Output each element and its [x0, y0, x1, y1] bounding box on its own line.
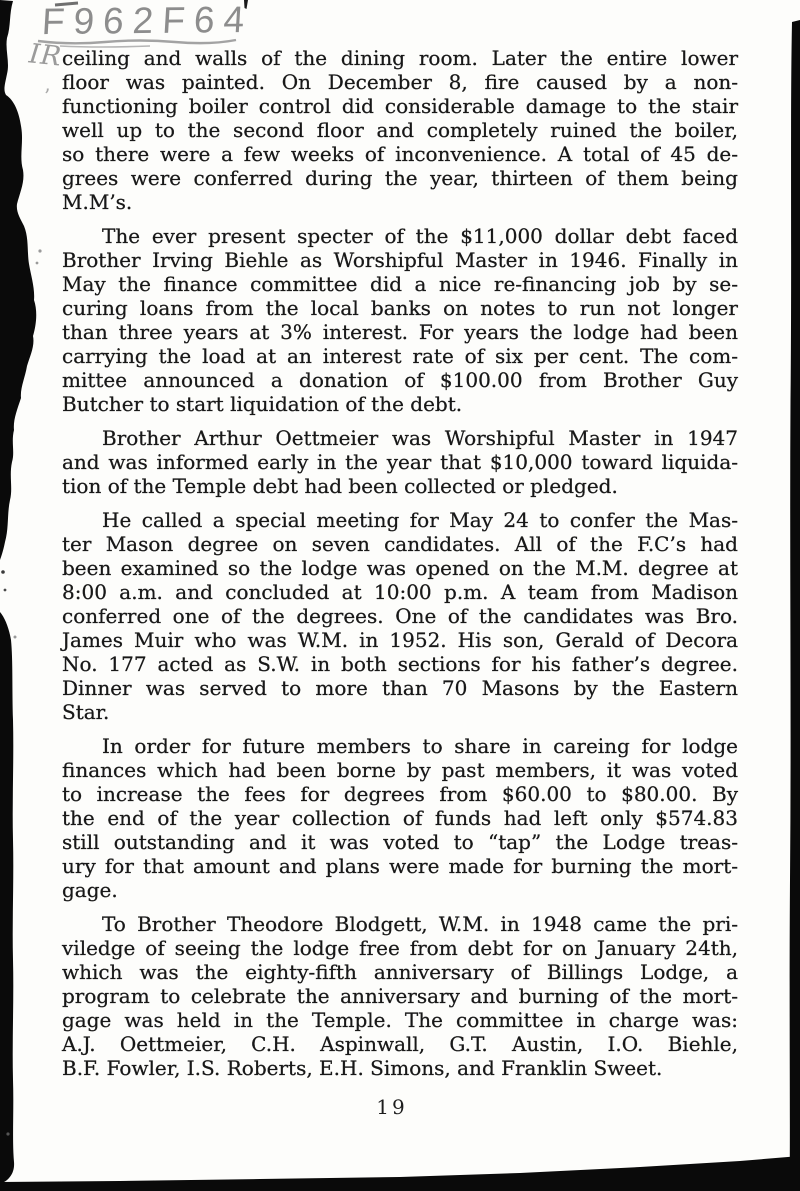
text-line: carrying the load at an interest rate of…	[62, 344, 738, 368]
text-line: 8:00 a.m. and concluded at 10:00 p.m. A …	[62, 580, 738, 604]
text-line: A.J. Oettmeier, C.H. Aspinwall, G.T. Aus…	[62, 1032, 738, 1056]
text-line: Brother Arthur Oettmeier was Worshipful …	[62, 426, 738, 450]
text-line: functioning boiler control did considera…	[62, 94, 738, 118]
scan-artifact-left-top	[0, 0, 36, 560]
text-line: B.F. Fowler, I.S. Roberts, E.H. Simons, …	[62, 1056, 738, 1080]
scan-artifact-right-strip	[790, 20, 800, 1191]
pencil-tick-mark: ’	[44, 84, 50, 108]
text-line: ceiling and walls of the dining room. La…	[62, 46, 738, 70]
text-line: so there were a few weeks of inconvenien…	[62, 142, 738, 166]
text-line: than three years at 3% interest. For yea…	[62, 320, 738, 344]
text-line: ury for that amount and plans were made …	[62, 854, 738, 878]
text-line: Butcher to start liquidation of the debt…	[62, 392, 738, 416]
text-line: gage was held in the Temple. The committ…	[62, 1008, 738, 1032]
paragraph: He called a special meeting for May 24 t…	[62, 508, 738, 724]
text-line: the end of the year collection of funds …	[62, 806, 738, 830]
handwritten-code: F962F64	[41, 0, 255, 43]
text-block: ceiling and walls of the dining room. La…	[62, 46, 738, 1080]
text-line: He called a special meeting for May 24 t…	[62, 508, 738, 532]
text-line: mittee announced a donation of $100.00 f…	[62, 368, 738, 392]
text-line: In order for future members to share in …	[62, 734, 738, 758]
text-line: conferred one of the degrees. One of the…	[62, 604, 738, 628]
text-line: floor was painted. On December 8, fire c…	[62, 70, 738, 94]
speck	[6, 1132, 9, 1135]
text-line: to increase the fees for degrees from $6…	[62, 782, 738, 806]
text-line: tion of the Temple debt had been collect…	[62, 474, 738, 498]
text-line: May the finance committee did a nice re-…	[62, 272, 738, 296]
text-line: viledge of seeing the lodge free from de…	[62, 936, 738, 960]
scanned-document-page: F962F64 IR ’ ceiling and walls of the di…	[0, 0, 800, 1191]
text-line: gage.	[62, 878, 738, 902]
text-line: well up to the second floor and complete…	[62, 118, 738, 142]
handwritten-initials: IR	[27, 38, 63, 72]
speck	[1, 570, 5, 574]
text-line: curing loans from the local banks on not…	[62, 296, 738, 320]
scan-artifact-bottom-bar	[0, 1156, 800, 1191]
text-line: James Muir who was W.M. in 1952. His son…	[62, 628, 738, 652]
text-line: To Brother Theodore Blodgett, W.M. in 19…	[62, 912, 738, 936]
page-number: 19	[0, 1095, 784, 1119]
text-line: Star.	[62, 700, 738, 724]
text-line: Brother Irving Biehle as Worshipful Mast…	[62, 248, 738, 272]
speck	[14, 636, 17, 639]
text-line: finances which had been borne by past me…	[62, 758, 738, 782]
text-line: M.M’s.	[62, 190, 738, 214]
paragraph: In order for future members to share in …	[62, 734, 738, 902]
text-line: been examined so the lodge was opened on…	[62, 556, 738, 580]
text-line: grees were conferred during the year, th…	[62, 166, 738, 190]
speck	[4, 589, 7, 592]
paragraph: ceiling and walls of the dining room. La…	[62, 46, 738, 214]
text-line: ter Mason degree on seven candidates. Al…	[62, 532, 738, 556]
paragraph: The ever present specter of the $11,000 …	[62, 224, 738, 416]
text-line: Dinner was served to more than 70 Masons…	[62, 676, 738, 700]
speck	[38, 249, 41, 252]
text-line: No. 177 acted as S.W. in both sections f…	[62, 652, 738, 676]
paragraph: Brother Arthur Oettmeier was Worshipful …	[62, 426, 738, 498]
paragraph: To Brother Theodore Blodgett, W.M. in 19…	[62, 912, 738, 1080]
text-line: still outstanding and it was voted to “t…	[62, 830, 738, 854]
text-line: program to celebrate the anniversary and…	[62, 984, 738, 1008]
text-line: and was informed early in the year that …	[62, 450, 738, 474]
text-line: which was the eighty-fifth anniversary o…	[62, 960, 738, 984]
text-line: The ever present specter of the $11,000 …	[62, 224, 738, 248]
speck	[36, 262, 39, 265]
